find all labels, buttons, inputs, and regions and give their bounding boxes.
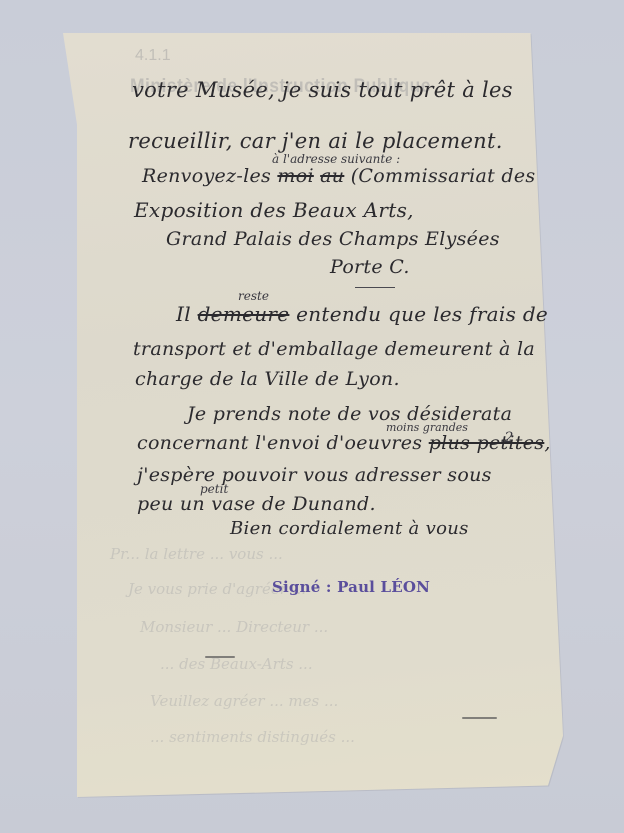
line-text: (Commissariat des bbox=[351, 165, 536, 187]
letter-line: concernant l'envoi d'oeuvres plus petite… bbox=[137, 432, 551, 454]
line-text: , bbox=[544, 432, 550, 454]
letter-line: peu un vase de Dunand. bbox=[137, 493, 376, 515]
ink-mark bbox=[205, 656, 235, 658]
reverse-bleed-line: Veuillez agréer ... mes ... bbox=[150, 692, 570, 710]
letter-line: Grand Palais des Champs Elysées bbox=[166, 228, 500, 250]
stamp-label: Signé : bbox=[272, 578, 332, 596]
ink-mark bbox=[462, 717, 497, 719]
letter-line: Exposition des Beaux Arts, bbox=[134, 198, 414, 222]
divider-rule bbox=[355, 287, 395, 288]
reverse-bleed-line: Pr... la lettre ... vous ... bbox=[110, 545, 530, 563]
line-text: Il bbox=[176, 302, 191, 326]
letter-line: charge de la Ville de Lyon. bbox=[135, 368, 400, 390]
struck-word: moi bbox=[277, 165, 313, 187]
line-text: concernant l'envoi d'oeuvres bbox=[137, 432, 422, 454]
letter-line: j'espère pouvoir vous adresser sous bbox=[137, 464, 492, 486]
reverse-bleed-line: ... sentiments distingués ... bbox=[150, 728, 570, 746]
letter-line: Porte C. bbox=[330, 256, 410, 278]
line-text: entendu que les frais de bbox=[296, 302, 548, 326]
letter-line: transport et d'emballage demeurent à la bbox=[133, 338, 535, 360]
signature-stamp: Signé : Paul LÉON bbox=[272, 578, 430, 596]
stamp-name: Paul LÉON bbox=[337, 578, 430, 596]
letterhead-number-bleed: 4.1.1 bbox=[135, 47, 171, 65]
letter-line: Il demeure entendu que les frais de bbox=[176, 302, 548, 326]
struck-word: au bbox=[320, 165, 344, 187]
letter-line: Renvoyez-les moi au (Commissariat des bbox=[142, 165, 535, 187]
insertion-text: à l'adresse suivante : bbox=[272, 152, 400, 166]
letter-line: votre Musée, je suis tout prêt à les bbox=[132, 78, 513, 102]
letter-line: recueillir, car j'en ai le placement. bbox=[128, 129, 503, 153]
margin-note: .2 bbox=[500, 430, 513, 446]
struck-word: plus petites bbox=[429, 432, 545, 454]
insertion-text: reste bbox=[238, 289, 269, 303]
closing-line: Bien cordialement à vous bbox=[230, 518, 469, 539]
line-text: Renvoyez-les bbox=[142, 165, 271, 187]
reverse-bleed-line: Monsieur ... Directeur ... bbox=[140, 618, 560, 636]
struck-word: demeure bbox=[198, 302, 290, 326]
